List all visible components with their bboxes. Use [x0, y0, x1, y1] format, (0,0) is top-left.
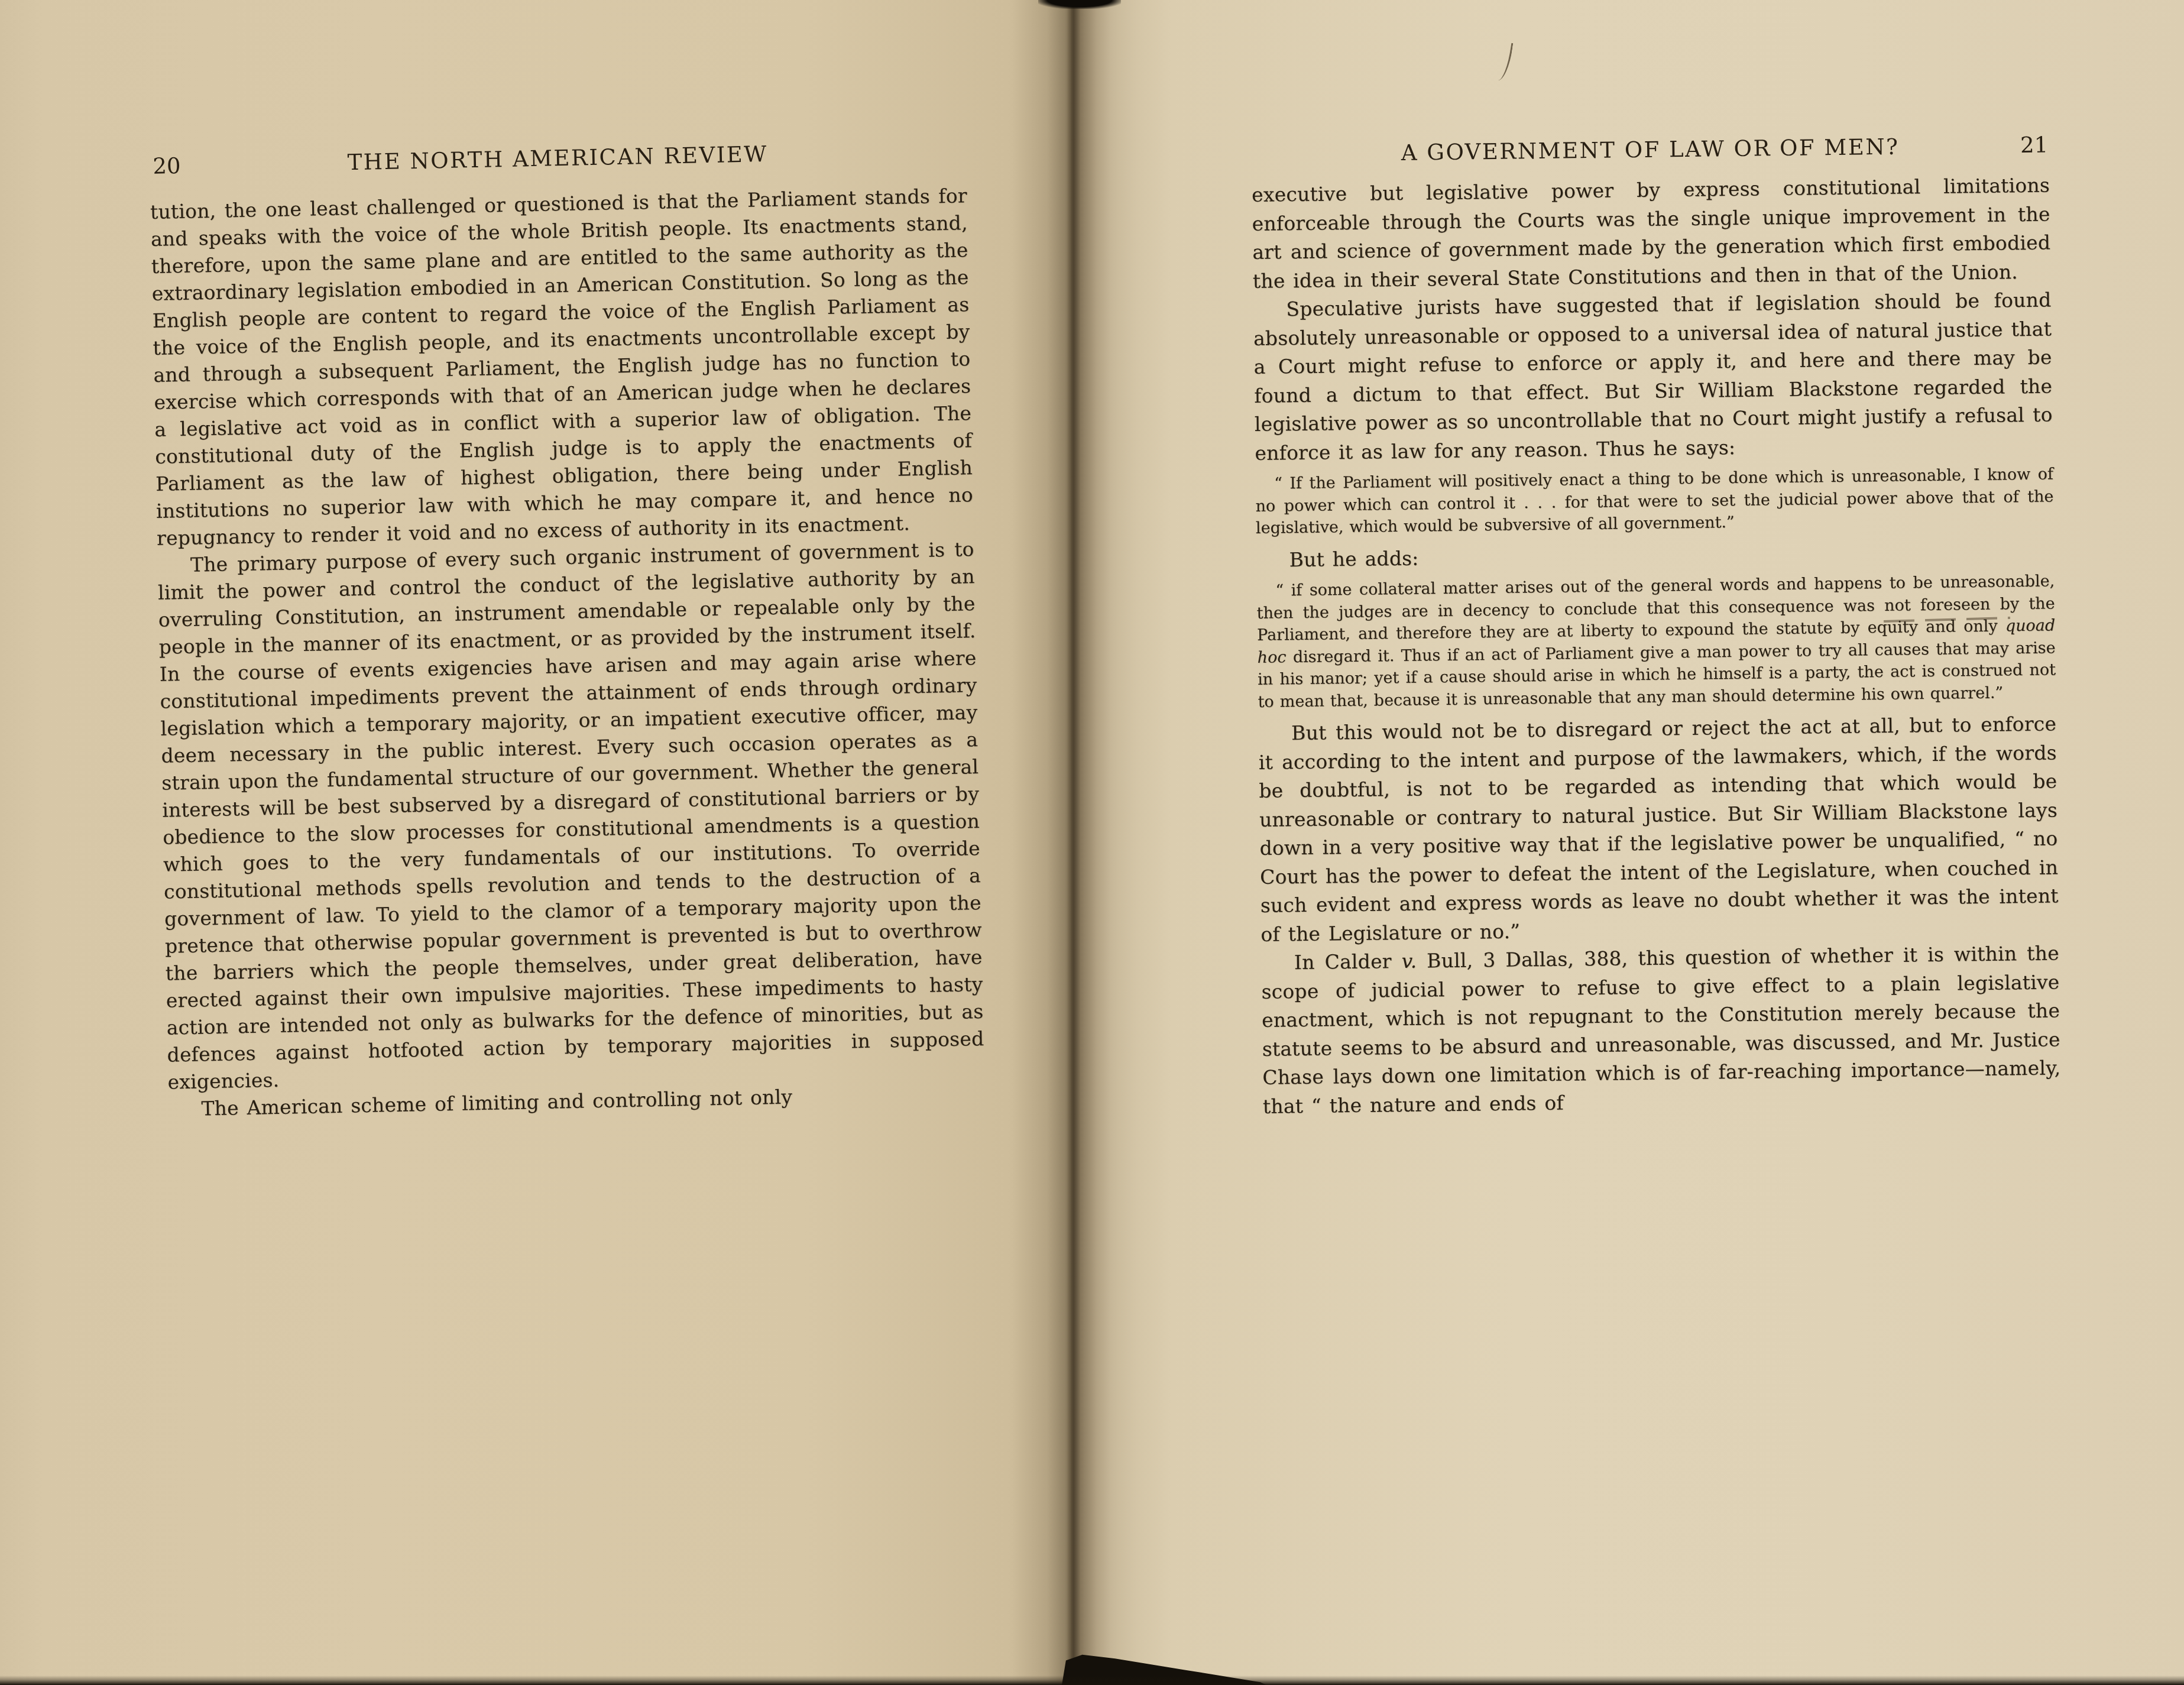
paragraph: “ If the Parliament will positively enac…	[1255, 458, 2055, 546]
book-spread: 20 THE NORTH AMERICAN REVIEW tution, the…	[0, 0, 2184, 1685]
paragraph: “ if some collateral matter arises out o…	[1256, 565, 2056, 719]
paragraph: Speculative jurists have suggested that …	[1253, 286, 2053, 467]
right-page-content: A GOVERNMENT OF LAW OR OF MEN? 21 execut…	[1251, 132, 2061, 1121]
text-run: tution, the one least challenged or ques…	[150, 184, 974, 550]
text-run: “ if some collateral matter arises out o…	[1257, 572, 2055, 644]
page-bottom-edge	[0, 1676, 2184, 1685]
text-run: executive but legislative power by expre…	[1252, 174, 2051, 293]
right-page-text: executive but legislative power by expre…	[1252, 171, 2061, 1121]
paragraph: But this would not be to disregard or re…	[1258, 709, 2059, 948]
text-run: “ If the Parliament will positively enac…	[1255, 465, 2053, 537]
text-run: Speculative jurists have suggested that …	[1253, 288, 2053, 464]
text-run: But this would not be to disregard or re…	[1259, 712, 2059, 945]
gutter-shadow	[1012, 0, 1136, 1685]
italic-text: v.	[1401, 950, 1417, 973]
left-page-content: 20 THE NORTH AMERICAN REVIEW tution, the…	[149, 137, 986, 1123]
paragraph: The primary purpose of every such organi…	[157, 536, 985, 1096]
text-run: But he adds:	[1289, 546, 1418, 571]
left-page-number: 20	[153, 153, 181, 179]
text-run: disregard it. Thus if an act of Parliame…	[1258, 639, 2056, 711]
right-page-number: 21	[2020, 132, 2049, 158]
binding-notch-top	[1038, 0, 1121, 9]
text-run: In Calder	[1294, 950, 1402, 974]
paragraph: In Calder v. Bull, 3 Dallas, 388, this q…	[1261, 939, 2061, 1120]
right-running-title: A GOVERNMENT OF LAW OR OF MEN?	[1401, 134, 1900, 166]
paragraph: tution, the one least challenged or ques…	[150, 182, 974, 552]
paragraph: executive but legislative power by expre…	[1252, 171, 2051, 296]
text-run: The primary purpose of every such organi…	[158, 537, 984, 1094]
left-page-text: tution, the one least challenged or ques…	[150, 182, 986, 1123]
